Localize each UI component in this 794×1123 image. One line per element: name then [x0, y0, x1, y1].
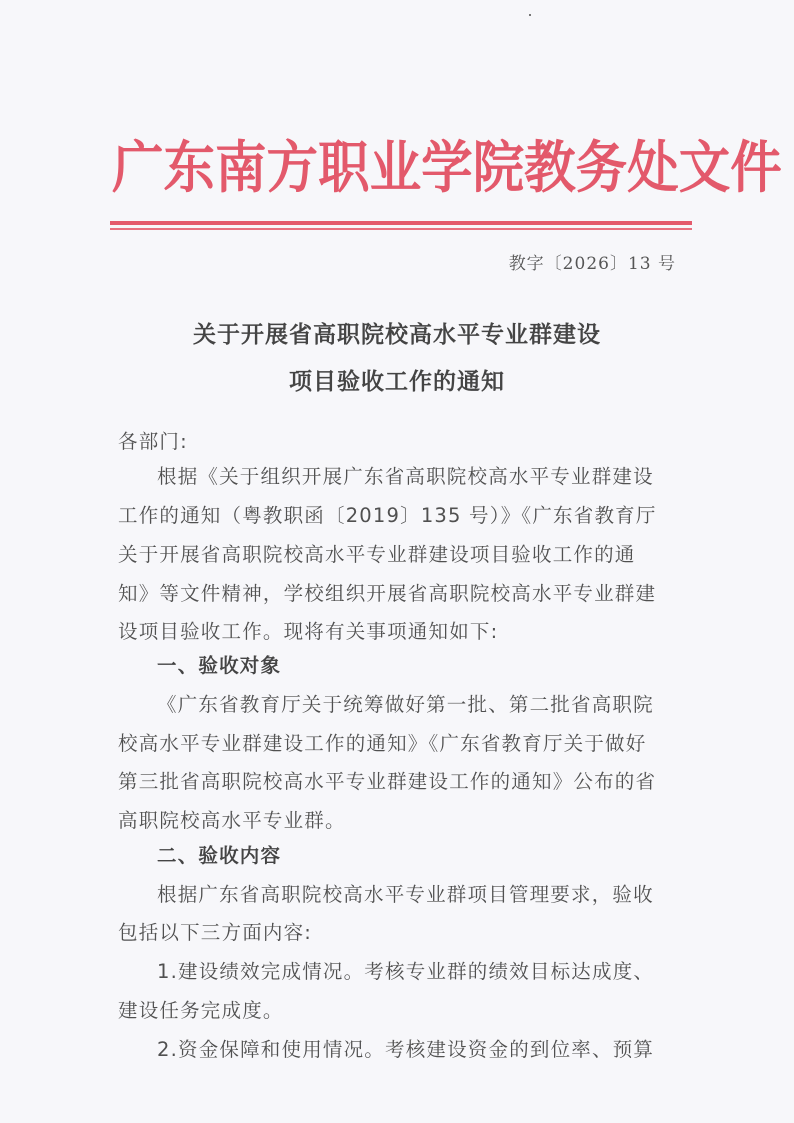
body-line: 校高水平专业群建设工作的通知》《广东省教育厅关于做好 — [118, 724, 684, 764]
body-line: 工作的通知（粤教职函〔2019〕135 号）》《广东省教育厅 — [118, 496, 684, 536]
body-line: 根据《关于组织开展广东省高职院校高水平专业群建设 — [118, 457, 723, 497]
body-line: 高职院校高水平专业群。 — [118, 801, 684, 841]
letterhead-title: 广东南方职业学院教务处文件 — [112, 128, 646, 208]
section-heading-2: 二、验收内容 — [118, 836, 723, 876]
document-page: 广东南方职业学院教务处文件 教字〔2026〕13 号 关于开展省高职院校高水平专… — [0, 0, 794, 1123]
document-title-line-2: 项目验收工作的通知 — [0, 363, 794, 396]
salutation: 各部门: — [118, 422, 684, 462]
body-line: 知》等文件精神，学校组织开展省高职院校高水平专业群建 — [118, 574, 684, 614]
document-title-line-1: 关于开展省高职院校高水平专业群建设 — [0, 316, 794, 349]
scan-speck — [529, 14, 531, 16]
body-line: 《广东省教育厅关于统筹做好第一批、第二批省高职院 — [118, 685, 723, 725]
section-heading-1: 一、验收对象 — [118, 646, 723, 686]
body-line: 建设任务完成度。 — [118, 991, 684, 1031]
body-line: 1.建设绩效完成情况。考核专业群的绩效目标达成度、 — [118, 952, 723, 992]
body-line: 根据广东省高职院校高水平专业群项目管理要求，验收 — [118, 875, 723, 915]
body-line: 第三批省高职院校高水平专业群建设工作的通知》公布的省 — [118, 762, 684, 802]
letterhead-rule-thick — [110, 221, 692, 225]
body-line: 关于开展省高职院校高水平专业群建设项目验收工作的通 — [118, 535, 684, 575]
letterhead-rule-thin — [110, 228, 692, 230]
body-line: 2.资金保障和使用情况。考核建设资金的到位率、预算 — [118, 1030, 723, 1070]
document-number: 教字〔2026〕13 号 — [509, 250, 676, 278]
body-line: 包括以下三方面内容: — [118, 913, 684, 953]
